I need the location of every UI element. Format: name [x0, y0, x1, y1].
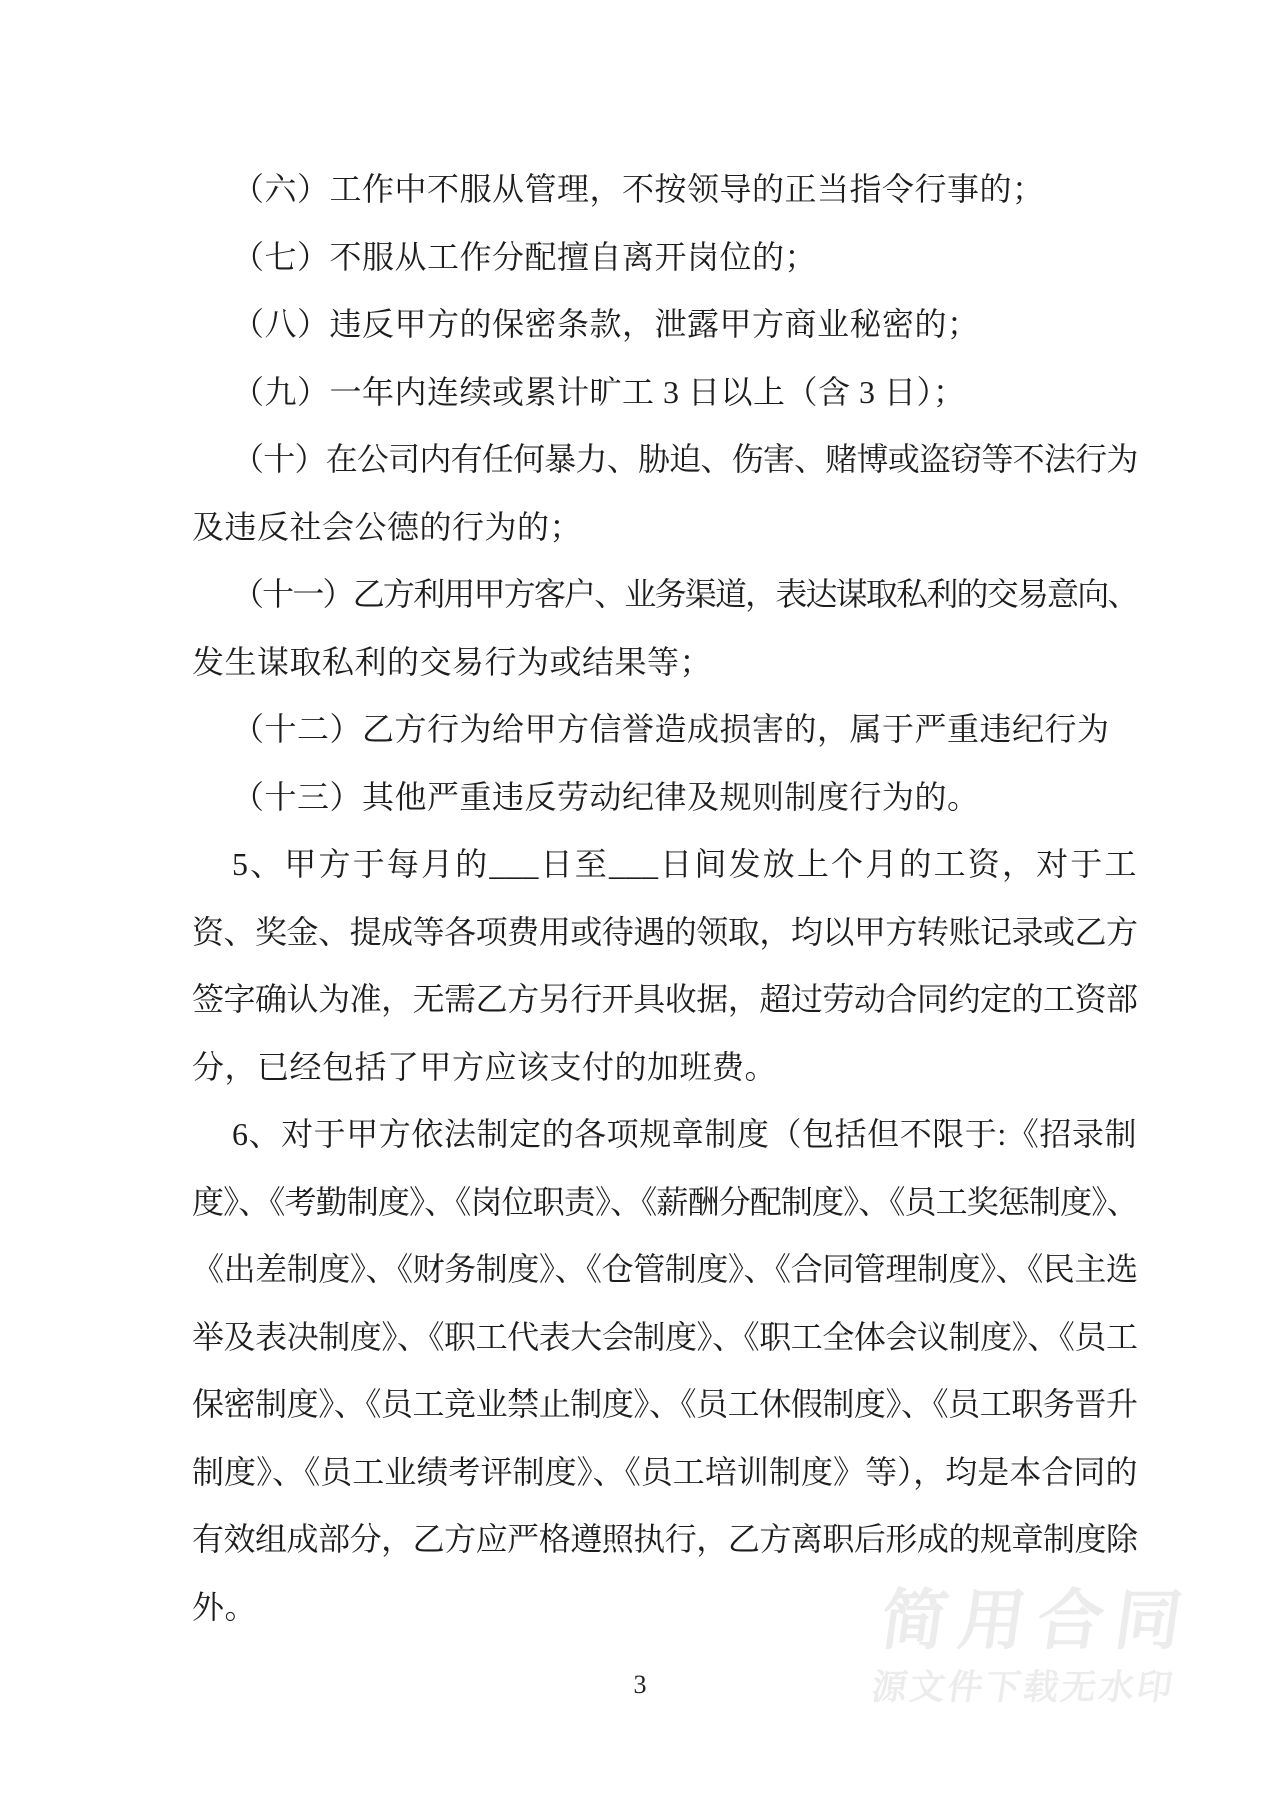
text-line: （九）一年内连续或累计旷工 3 日以上（含 3 日）；	[192, 359, 1137, 427]
page-number: 3	[0, 1670, 1280, 1700]
text-line: 分，已经包括了甲方应该支付的加班费。	[192, 1034, 1137, 1102]
document-page: （六）工作中不服从管理，不按领导的正当指令行事的；（七）不服从工作分配擅自离开岗…	[0, 0, 1280, 1810]
text-line: 及违反社会公德的行为的；	[192, 494, 1137, 562]
text-line: 5、甲方于每月的___日至___日间发放上个月的工资，对于工	[192, 831, 1137, 899]
text-line: 有效组成部分，乙方应严格遵照执行，乙方离职后形成的规章制度除	[192, 1506, 1137, 1574]
text-line: （六）工作中不服从管理，不按领导的正当指令行事的；	[192, 156, 1137, 224]
watermark-title: 简用合同	[876, 1583, 1186, 1657]
text-line: 度》、《考勤制度》、《岗位职责》、《薪酬分配制度》、《员工奖惩制度》、	[192, 1169, 1137, 1237]
text-line: 资、奖金、提成等各项费用或待遇的领取，均以甲方转账记录或乙方	[192, 899, 1137, 967]
text-line: （十二）乙方行为给甲方信誉造成损害的，属于严重违纪行为	[192, 696, 1137, 764]
text-line: 举及表决制度》、《职工代表大会制度》、《职工全体会议制度》、《员工	[192, 1304, 1137, 1372]
text-line: （十）在公司内有任何暴力、胁迫、伤害、赌博或盗窃等不法行为	[192, 426, 1137, 494]
text-line: 保密制度》、《员工竞业禁止制度》、《员工休假制度》、《员工职务晋升	[192, 1371, 1137, 1439]
text-line: （十一）乙方利用甲方客户、业务渠道，表达谋取私利的交易意向、	[192, 561, 1137, 629]
text-line: （七）不服从工作分配擅自离开岗位的；	[192, 224, 1137, 292]
text-line: 《出差制度》、《财务制度》、《仓管制度》、《合同管理制度》、《民主选	[192, 1236, 1137, 1304]
text-line: （十三）其他严重违反劳动纪律及规则制度行为的。	[192, 764, 1137, 832]
document-body: （六）工作中不服从管理，不按领导的正当指令行事的；（七）不服从工作分配擅自离开岗…	[192, 156, 1137, 1641]
text-line: 6、对于甲方依法制定的各项规章制度（包括但不限于:《招录制	[192, 1101, 1137, 1169]
text-line: 签字确认为准，无需乙方另行开具收据，超过劳动合同约定的工资部	[192, 966, 1137, 1034]
text-line: 发生谋取私利的交易行为或结果等；	[192, 629, 1137, 697]
text-line: （八）违反甲方的保密条款，泄露甲方商业秘密的；	[192, 291, 1137, 359]
text-line: 制度》、《员工业绩考评制度》、《员工培训制度》等），均是本合同的	[192, 1439, 1137, 1507]
